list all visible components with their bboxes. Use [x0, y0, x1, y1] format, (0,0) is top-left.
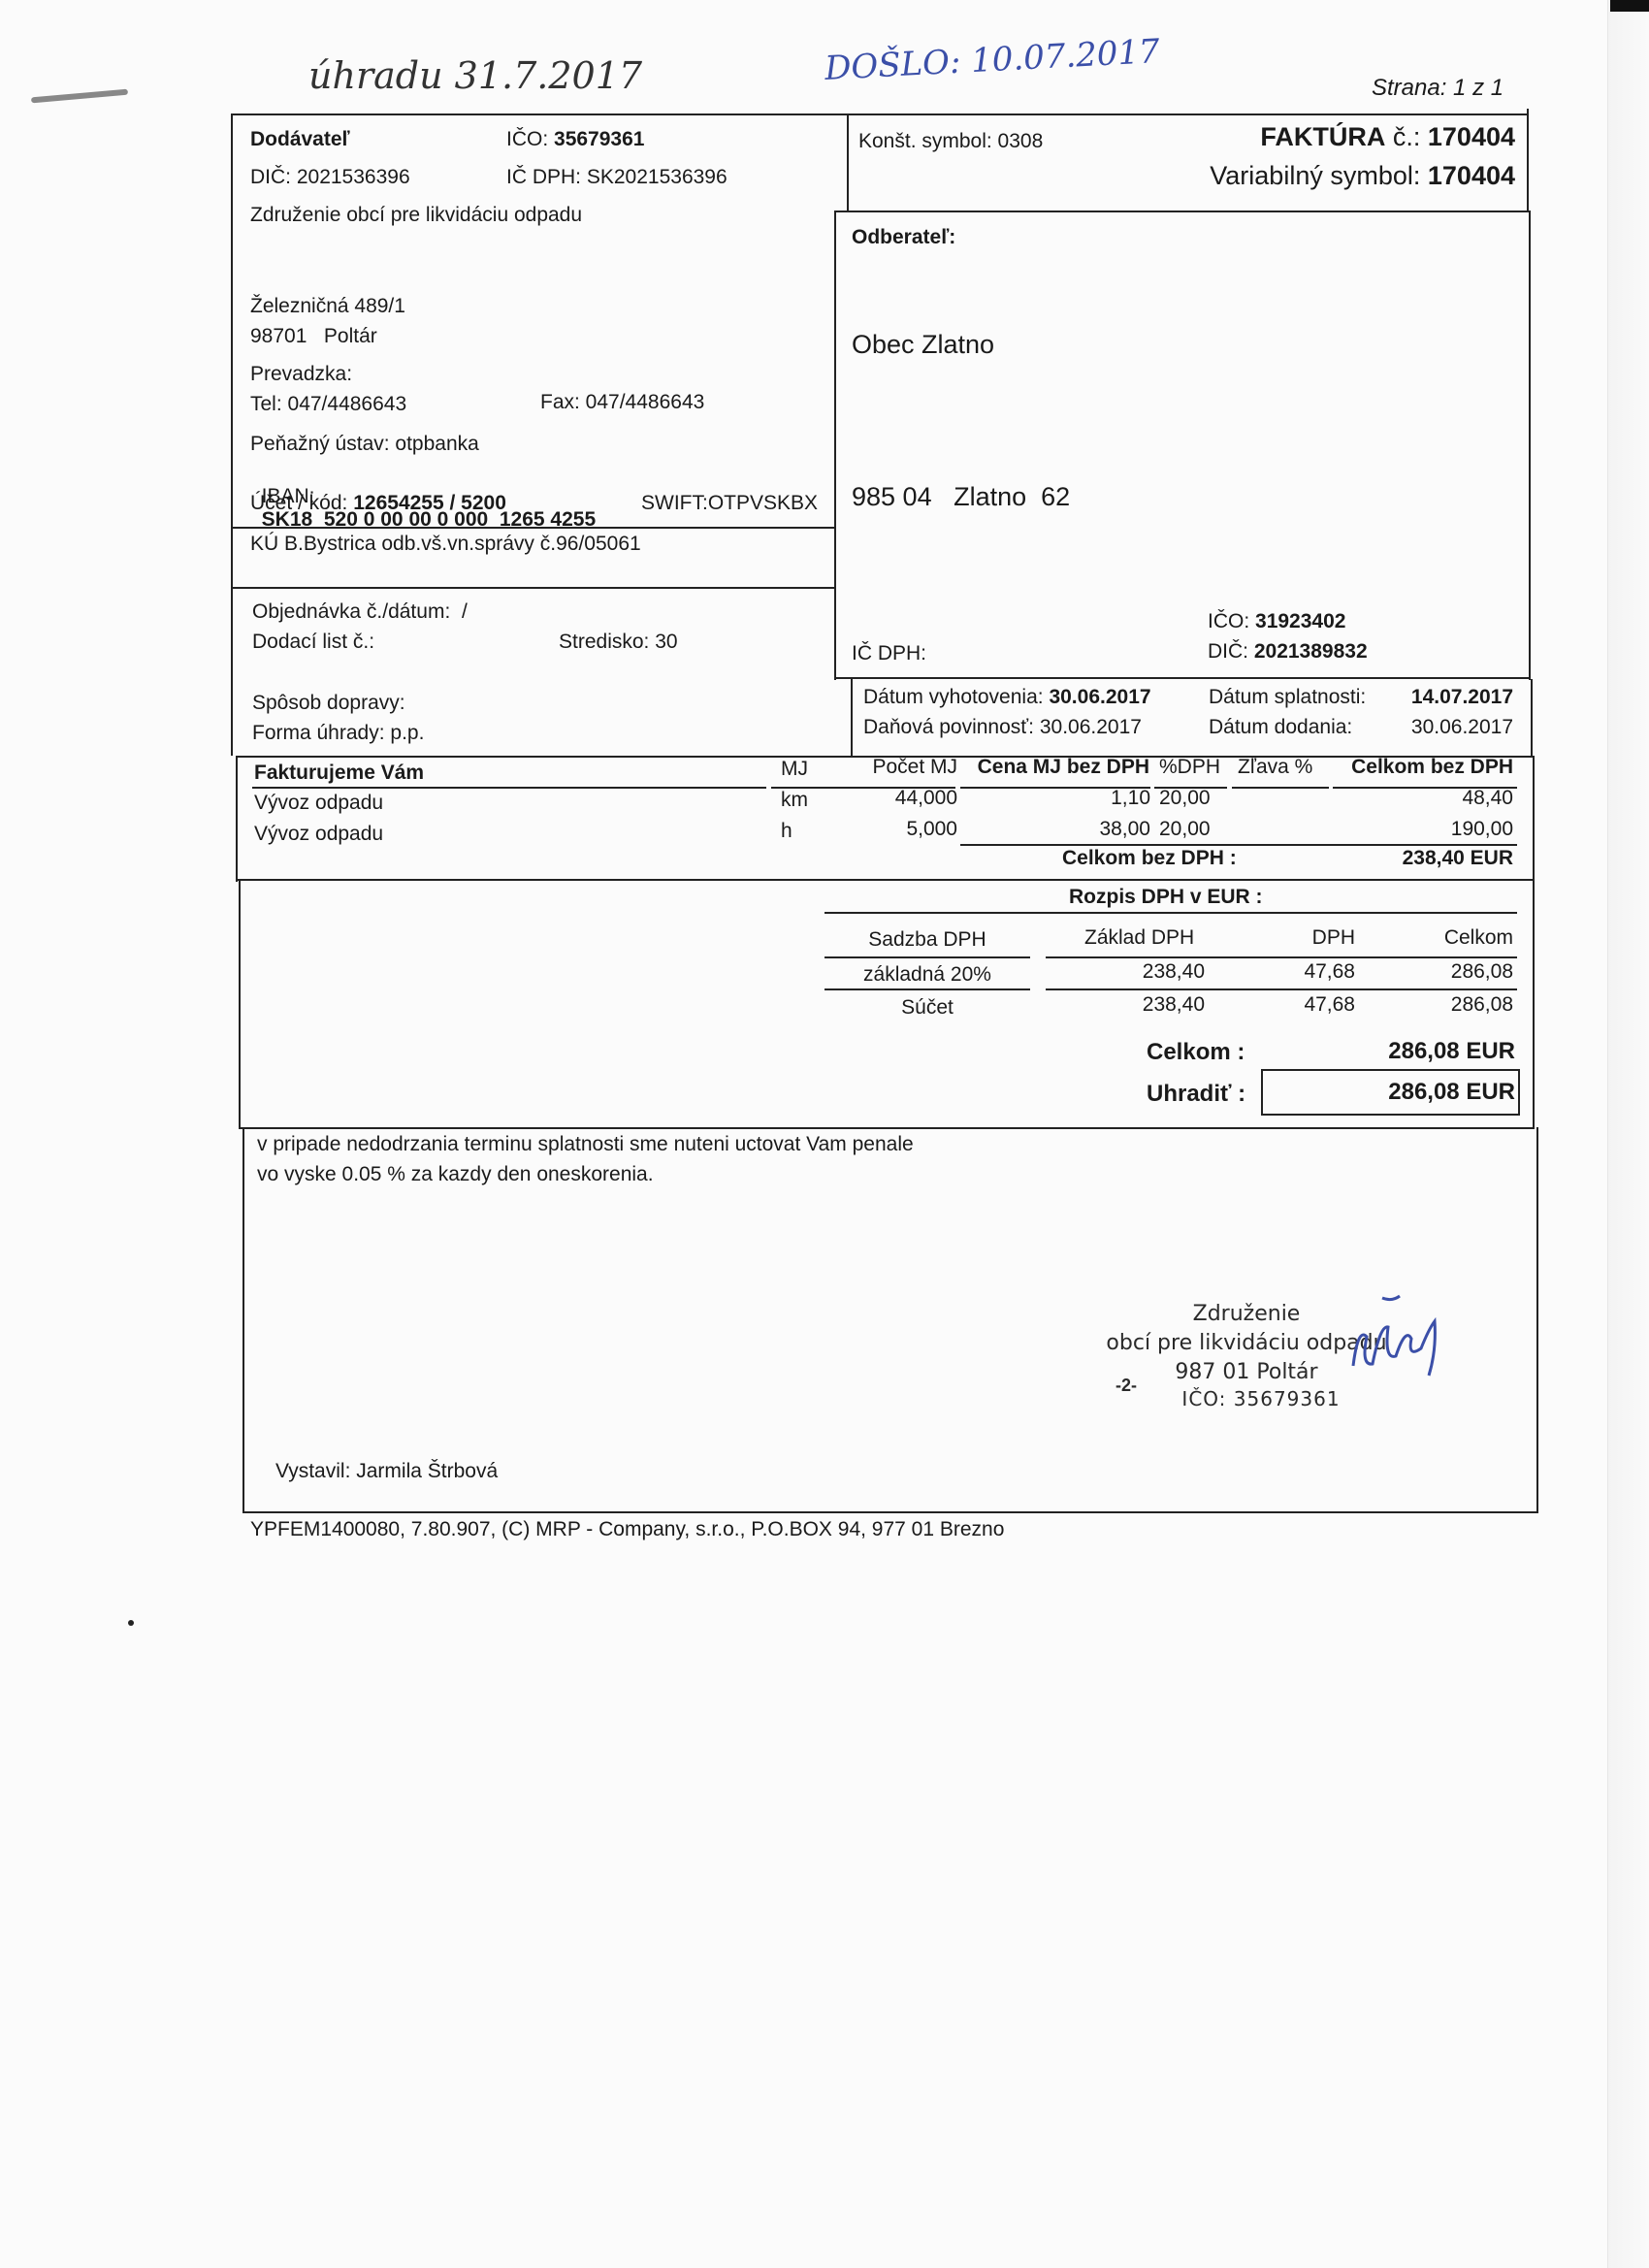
- vat-title-rule: [824, 912, 1517, 914]
- supplier-dic: DIČ: 2021536396: [250, 166, 410, 189]
- customer-name: Obec Zlatno: [852, 330, 994, 360]
- delivery-note: Dodací list č.:: [252, 631, 374, 654]
- row-total: 48,40: [1462, 787, 1513, 810]
- row-unit: km: [781, 789, 808, 812]
- delivery-date-label: Dátum dodania:: [1209, 716, 1352, 739]
- row-qty: 44,000: [854, 787, 957, 810]
- row-vat: 20,00: [1159, 787, 1211, 810]
- grand-total-label: Celkom :: [1147, 1039, 1245, 1066]
- variable-symbol: Variabilný symbol: 170404: [1210, 161, 1515, 191]
- customer-box-right: [1529, 211, 1531, 680]
- vat-sum-base: 238,40: [1046, 993, 1205, 1017]
- issue-date-value: 30.06.2017: [1049, 686, 1150, 708]
- customer-icdph: IČ DPH:: [852, 642, 926, 665]
- customer-address: 985 04 Zlatno 62: [852, 482, 1070, 512]
- amount-due-value: 286,08 EUR: [1388, 1079, 1515, 1106]
- penalty-note-line-2: vo vyske 0.05 % za kazdy den oneskorenia…: [257, 1163, 654, 1186]
- supplier-name: Združenie obcí pre likvidáciu odpadu: [250, 204, 582, 227]
- supplier-icdph-value: SK2021536396: [587, 166, 727, 188]
- penalty-note-line-1: v pripade nedodrzania terminu splatnosti…: [257, 1133, 914, 1156]
- header-underline-desc: [252, 787, 766, 789]
- vat-bottom-line: [239, 1127, 1535, 1129]
- supplier-ico-label: IČO:: [506, 128, 548, 150]
- stray-mark: [31, 89, 128, 104]
- customer-heading: Odberateľ:: [852, 226, 955, 249]
- divider-top-col: [847, 113, 849, 211]
- row-qty: 5,000: [854, 818, 957, 841]
- invoice-box-bottom: [834, 211, 1529, 212]
- dates-box-left: [851, 679, 853, 757]
- due-date-label: Dátum splatnosti:: [1209, 686, 1366, 709]
- supplier-prevadzka: Prevadzka:: [250, 363, 352, 386]
- col-header-description: Fakturujeme Vám: [254, 761, 424, 785]
- vat-sum-vat: 47,68: [1212, 993, 1355, 1017]
- header-underline-disc: [1232, 787, 1329, 789]
- col-header-vat: %DPH: [1159, 756, 1220, 779]
- subtotal-rule: [960, 844, 1517, 846]
- vat-row-rate: základná 20%: [824, 963, 1030, 987]
- frame-left-mid: [236, 756, 238, 882]
- vat-row-total: 286,08: [1451, 960, 1513, 984]
- frame-right-mid: [1533, 756, 1535, 1129]
- supplier-fax: Fax: 047/4486643: [540, 391, 704, 414]
- frame-left-vat: [239, 879, 241, 1129]
- cost-center: Stredisko: 30: [559, 631, 678, 654]
- vat-row-rule-rate: [824, 988, 1030, 990]
- customer-dic-value: 2021389832: [1254, 640, 1368, 663]
- col-header-total: Celkom bez DPH: [1351, 756, 1513, 779]
- supplier-account: Účet / kód: 12654255 / 5200: [250, 492, 506, 515]
- frame-left-bottom: [242, 1127, 244, 1513]
- supplier-ico-value: 35679361: [554, 128, 644, 150]
- frame-left-top: [231, 113, 233, 756]
- customer-dic: DIČ: 2021389832: [1208, 640, 1368, 664]
- invoice-title-word: FAKTÚRA: [1260, 122, 1385, 151]
- customer-ico-value: 31923402: [1255, 610, 1345, 632]
- invoice-number: 170404: [1428, 122, 1515, 151]
- tax-date: Daňová povinnosť: 30.06.2017: [863, 716, 1142, 739]
- supplier-account-label: Účet / kód:: [250, 492, 347, 514]
- vat-title: Rozpis DPH v EUR :: [1069, 886, 1263, 909]
- customer-dic-label: DIČ:: [1208, 640, 1248, 663]
- tax-date-label: Daňová povinnosť:: [863, 716, 1034, 738]
- vat-header-rate: Sadzba DPH: [824, 928, 1030, 952]
- supplier-heading: Dodávateľ: [250, 128, 350, 151]
- amount-due-label: Uhradiť :: [1147, 1081, 1245, 1108]
- supplier-street: Železničná 489/1: [250, 295, 405, 318]
- col-header-unit: MJ: [781, 758, 808, 781]
- vat-sum-label: Súčet: [824, 996, 1030, 1020]
- vat-row-base: 238,40: [1046, 960, 1205, 984]
- vat-header-vat: DPH: [1212, 926, 1355, 950]
- frame-bottom: [242, 1511, 1538, 1513]
- col-header-qty: Počet MJ: [854, 756, 957, 779]
- customer-box-left: [834, 211, 836, 680]
- scan-edge: [1607, 0, 1649, 2268]
- row-price: 38,00: [970, 818, 1150, 841]
- tax-date-value: 30.06.2017: [1040, 716, 1142, 738]
- frame-top: [231, 113, 1527, 115]
- delivery-date-value: 30.06.2017: [1411, 716, 1513, 739]
- scan-edge-dark: [1610, 0, 1649, 12]
- vat-row-vat: 47,68: [1212, 960, 1355, 984]
- subtotal-value: 238,40 EUR: [1403, 847, 1513, 870]
- supplier-registry: KÚ B.Bystrica odb.vš.vn.správy č.96/0506…: [250, 533, 641, 556]
- supplier-dic-value: 2021536396: [297, 166, 410, 188]
- row-vat: 20,00: [1159, 818, 1211, 841]
- row-unit: h: [781, 820, 792, 843]
- signature-icon: [1343, 1288, 1450, 1393]
- col-header-discount: Zľava %: [1238, 756, 1312, 779]
- supplier-swift: SWIFT:OTPVSKBX: [641, 492, 818, 515]
- row-desc: Vývoz odpadu: [254, 792, 383, 815]
- vat-sum-total: 286,08: [1451, 993, 1513, 1017]
- paid-handwritten-note: úhradu 31.7.2017: [308, 54, 642, 97]
- supplier-bank: Peňažný ústav: otpbanka: [250, 433, 479, 456]
- customer-box-bottom: [834, 677, 1531, 679]
- vat-header-total: Celkom: [1444, 926, 1513, 950]
- customer-ico-label: IČO:: [1208, 610, 1249, 632]
- vat-header-base: Základ DPH: [1084, 926, 1194, 950]
- grand-total-value: 286,08 EUR: [1388, 1038, 1515, 1065]
- issued-by: Vystavil: Jarmila Štrbová: [275, 1460, 498, 1483]
- issue-date-label: Dátum vyhotovenia:: [863, 686, 1044, 708]
- page-indicator: Strana: 1 z 1: [1372, 75, 1503, 102]
- supplier-city: 98701 Poltár: [250, 325, 377, 348]
- variable-symbol-value: 170404: [1428, 161, 1515, 190]
- supplier-account-value: 12654255 / 5200: [353, 492, 506, 514]
- row-desc: Vývoz odpadu: [254, 823, 383, 846]
- customer-ico: IČO: 31923402: [1208, 610, 1345, 633]
- subtotal-label: Celkom bez DPH :: [1062, 847, 1237, 870]
- items-bottom-line: [236, 879, 1533, 881]
- row-total: 190,00: [1451, 818, 1513, 841]
- transport-method: Spôsob dopravy:: [252, 692, 405, 715]
- constant-symbol: Konšt. symbol: 0308: [858, 130, 1043, 153]
- frame-right-bottom: [1536, 1127, 1538, 1513]
- supplier-tel: Tel: 047/4486643: [250, 393, 406, 416]
- invoice-number-label: č.:: [1393, 122, 1421, 151]
- supplier-icdph: IČ DPH: SK2021536396: [506, 166, 727, 189]
- stamp-page-mark: -2-: [1115, 1376, 1137, 1396]
- frame-right-top: [1527, 109, 1529, 212]
- vat-header-rule-rest: [1046, 956, 1517, 958]
- vat-header-rule-rate: [824, 956, 1030, 958]
- supplier-divider-2: [233, 587, 834, 589]
- variable-symbol-label: Variabilný symbol:: [1210, 161, 1420, 190]
- stray-dot: [128, 1620, 134, 1626]
- due-date-value: 14.07.2017: [1411, 686, 1513, 709]
- software-footer: YPFEM1400080, 7.80.907, (C) MRP - Compan…: [250, 1518, 1004, 1541]
- order-number: Objednávka č./dátum: /: [252, 600, 468, 624]
- received-handwritten-note: DOŠLO: 10.07.2017: [824, 32, 1160, 88]
- dates-box-right: [1531, 679, 1533, 757]
- vat-row-rule-rest: [1046, 988, 1517, 990]
- col-header-price: Cena MJ bez DPH: [960, 756, 1149, 779]
- row-price: 1,10: [970, 787, 1150, 810]
- payment-method: Forma úhrady: p.p.: [252, 722, 424, 745]
- supplier-ico: IČO: 35679361: [506, 128, 644, 151]
- supplier-icdph-label: IČ DPH:: [506, 166, 581, 188]
- supplier-dic-label: DIČ:: [250, 166, 291, 188]
- invoice-title: FAKTÚRA č.: 170404: [1260, 122, 1515, 152]
- issue-date: Dátum vyhotovenia: 30.06.2017: [863, 686, 1151, 709]
